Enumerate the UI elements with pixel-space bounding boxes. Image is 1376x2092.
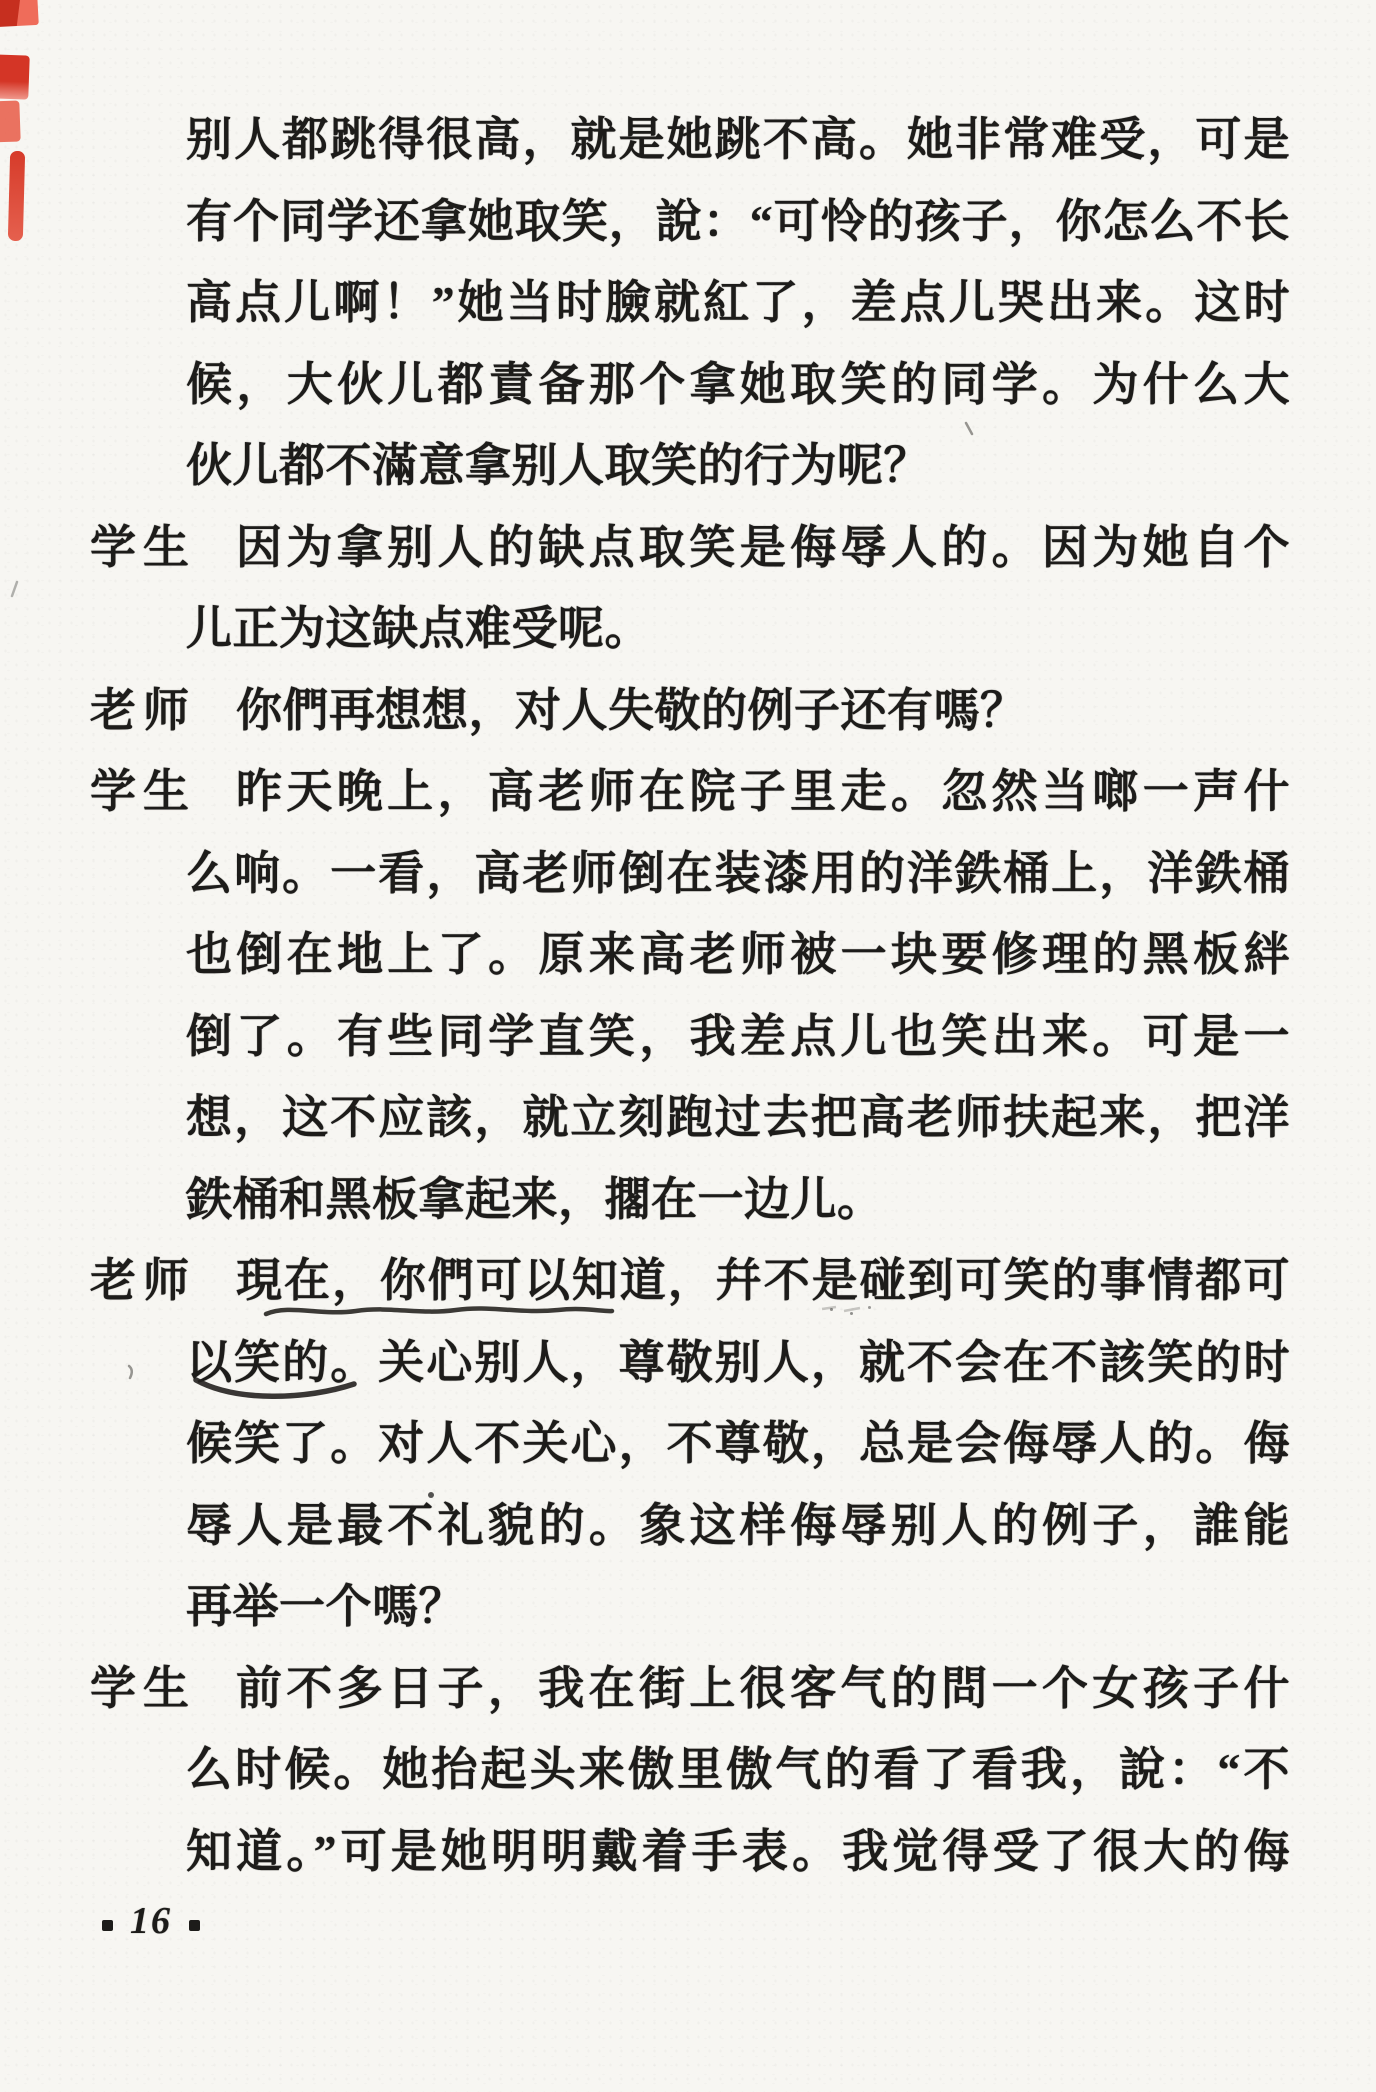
text-line: 高点儿啊！”她当时臉就紅了，差点儿哭出来。这时 [186,277,1290,329]
speaker-label: 老师 [90,1255,196,1307]
stray-speck [850,1312,853,1315]
text-line: 想，这不应該，就立刻跑过去把高老师扶起来，把洋 [186,1092,1290,1144]
red-edge-mark [0,0,39,27]
speaker-label: 老师 [90,685,196,737]
stray-speck [830,1308,833,1311]
swoosh-underline-mark [192,1372,364,1408]
stray-tick-mark [8,580,22,600]
text-line: 别人都跳得很高，就是她跳不高。她非常难受，可是 [186,114,1290,166]
page-number-dot [102,1920,113,1931]
text-line: 么响。一看，高老师倒在装漆用的洋鉄桶上，洋鉄桶 [186,848,1290,900]
text-line: 因为拿别人的缺点取笑是侮辱人的。因为她自个 [236,522,1290,574]
stray-comma-mark [126,1364,138,1382]
stray-speck [868,1306,871,1309]
text-line: 倒了。有些同学直笑，我差点儿也笑出来。可是一 [186,1011,1290,1063]
text-line: 辱人是最不礼貌的。象这样侮辱别人的例子，誰能 [186,1500,1290,1552]
stray-tick-mark [962,420,976,438]
page-number-value: 16 [130,1899,172,1943]
page-number: 16 [102,1899,200,1943]
text-line: 么时候。她抬起头来傲里傲气的看了看我，說：“不 [186,1744,1290,1796]
stray-dot [428,1492,434,1498]
speaker-label: 学生 [90,766,196,818]
red-edge-mark [0,54,30,99]
text-line: 鉄桶和黑板拿起来，擱在一边儿。 [186,1174,1290,1226]
text-line: 前不多日子，我在街上很客气的問一个女孩子什 [236,1663,1290,1715]
page-number-dot [189,1920,200,1931]
wavy-underline-mark [262,1299,872,1323]
red-edge-mark [0,100,21,142]
text-line: 昨天晚上，高老师在院子里走。忽然当啷一声什 [236,766,1290,818]
red-edge-mark [8,151,25,241]
speaker-label: 学生 [90,522,196,574]
text-line: 候笑了。对人不关心，不尊敬，总是会侮辱人的。侮 [186,1418,1290,1470]
text-line: 有个同学还拿她取笑，說：“可怜的孩子，你怎么不长 [186,196,1290,248]
text-line: 你們再想想，对人失敬的例子还有嗎？ [236,685,1290,737]
text-line: 知道。”可是她明明戴着手表。我觉得受了很大的侮 [186,1826,1290,1878]
text-line: 再举一个嗎？ [186,1581,1290,1633]
scanned-page: 别人都跳得很高，就是她跳不高。她非常难受，可是有个同学还拿她取笑，說：“可怜的孩… [0,0,1376,2092]
text-line: 伙儿都不滿意拿别人取笑的行为呢？ [186,440,1290,492]
speaker-label: 学生 [90,1663,196,1715]
text-line: 也倒在地上了。原来高老师被一块要修理的黑板絆 [186,929,1290,981]
text-line: 儿正为这缺点难受呢。 [186,603,1290,655]
text-line: 候，大伙儿都責备那个拿她取笑的同学。为什么大 [186,359,1290,411]
